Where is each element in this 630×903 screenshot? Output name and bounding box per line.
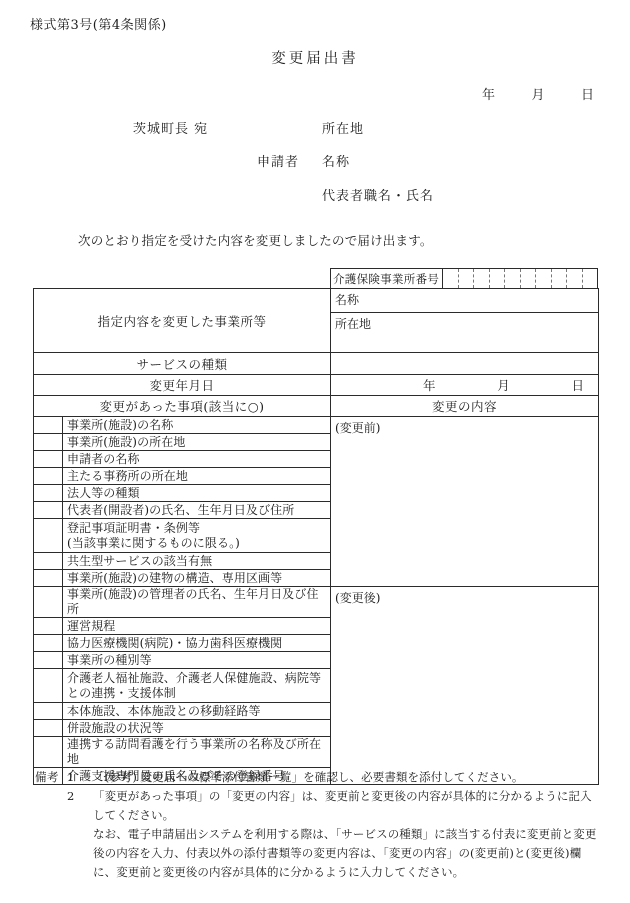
selection-mark-cell xyxy=(34,417,63,434)
main-table: 指定内容を変更した事業所等 名称 所在地 サービスの種類 変更年月日 年 月 日 xyxy=(33,288,599,785)
item-label: 運営規程 xyxy=(63,618,331,635)
office-name-cell: 名称 xyxy=(331,289,599,313)
item-label: 事業所の種別等 xyxy=(63,652,331,669)
year-label: 年 xyxy=(423,376,436,394)
item-label: 法人等の種類 xyxy=(63,485,331,502)
remark-number xyxy=(67,825,93,882)
office-number-digit-cell xyxy=(443,269,458,288)
form-number: 様式第3号(第4条関係) xyxy=(30,14,167,33)
office-number-digit-cell xyxy=(566,269,582,288)
item-label: 主たる事務所の所在地 xyxy=(63,468,331,485)
selection-mark-cell xyxy=(34,553,63,570)
selection-mark-cell xyxy=(34,434,63,451)
selection-mark-cell xyxy=(34,570,63,587)
after-label-cell: (変更後) xyxy=(331,587,599,785)
office-number-digit-cell xyxy=(504,269,520,288)
month-label: 月 xyxy=(531,84,544,103)
service-type-value-cell xyxy=(331,353,599,375)
remark-note: なお、電子申請届出システムを利用する際は、「サービスの種類」に該当する付表に変更… xyxy=(67,825,600,882)
item-label: 併設施設の状況等 xyxy=(63,720,331,737)
item-label: 介護老人福祉施設、介護老人保健施設、病院等 との連携・支援体制 xyxy=(63,669,331,703)
selection-mark-cell xyxy=(34,451,63,468)
item-label: 申請者の名称 xyxy=(63,451,331,468)
document-page: 様式第3号(第4条関係) 変更届出書 年 月 日 茨城町長 宛 申請者 所在地 … xyxy=(0,0,630,903)
service-type-label: サービスの種類 xyxy=(34,353,331,375)
selection-mark-cell xyxy=(34,618,63,635)
item-label: 事業所(施設)の名称 xyxy=(63,417,331,434)
remark-number: 2 xyxy=(67,787,93,825)
change-content-header: 変更の内容 xyxy=(331,396,599,417)
office-number-digit-cell xyxy=(473,269,489,288)
insurance-office-number-row: 介護保険事業所番号 xyxy=(330,268,598,289)
change-date-value-cell: 年 月 日 xyxy=(331,375,599,396)
remark-note: 2 「変更があった事項」の「変更の内容」は、変更前と変更後の内容が具体的に分かる… xyxy=(67,787,600,825)
selection-mark-cell xyxy=(34,703,63,720)
day-label: 日 xyxy=(571,376,584,394)
office-number-digit-cell xyxy=(551,269,567,288)
item-label: 協力医療機関(病院)・協力歯科医療機関 xyxy=(63,635,331,652)
item-label: 事業所(施設)の管理者の氏名、生年月日及び住所 xyxy=(63,587,331,618)
month-label: 月 xyxy=(497,376,510,394)
office-number-digit-cell xyxy=(535,269,551,288)
changed-items-header: 変更があった事項(該当に○) xyxy=(34,396,331,417)
item-label: 代表者(開設者)の氏名、生年月日及び住所 xyxy=(63,502,331,519)
selection-mark-cell xyxy=(34,635,63,652)
selection-mark-cell xyxy=(34,468,63,485)
remark-number: 1 xyxy=(67,768,93,787)
item-label: 登記事項証明書・条例等 (当該事業に関するものに限る。) xyxy=(63,519,331,553)
selection-mark-cell xyxy=(34,519,63,553)
selection-mark-cell xyxy=(34,485,63,502)
office-number-digit-cell xyxy=(458,269,474,288)
selection-mark-cell xyxy=(34,669,63,703)
applicant-address-label: 所在地 xyxy=(322,118,364,137)
selection-mark-cell xyxy=(34,502,63,519)
applicant-label: 申請者 xyxy=(257,151,299,170)
day-label: 日 xyxy=(581,84,594,103)
remark-text: 「(参考) 変更届への標準添付書類一覧」を確認し、必要書類を添付してください。 xyxy=(93,768,600,787)
applicant-name-label: 名称 xyxy=(322,151,350,170)
remarks-notes: 1 「(参考) 変更届への標準添付書類一覧」を確認し、必要書類を添付してください… xyxy=(67,768,600,882)
remark-text: 「変更があった事項」の「変更の内容」は、変更前と変更後の内容が具体的に分かるよう… xyxy=(93,787,600,825)
year-label: 年 xyxy=(482,84,495,103)
office-number-digit-cell xyxy=(520,269,536,288)
office-number-digit-cell xyxy=(489,269,505,288)
selection-mark-cell xyxy=(34,652,63,669)
office-address-cell: 所在地 xyxy=(331,313,599,353)
office-section-label: 指定内容を変更した事業所等 xyxy=(34,289,331,353)
remarks-label: 備考 xyxy=(35,768,67,882)
item-label: 連携する訪問看護を行う事業所の名称及び所在地 xyxy=(63,737,331,768)
selection-mark-cell xyxy=(34,720,63,737)
item-label: 本体施設、本体施設との移動経路等 xyxy=(63,703,331,720)
remarks-section: 備考 1 「(参考) 変更届への標準添付書類一覧」を確認し、必要書類を添付してく… xyxy=(35,768,600,882)
page-title: 変更届出書 xyxy=(0,47,630,68)
selection-mark-cell xyxy=(34,587,63,618)
remark-text: なお、電子申請届出システムを利用する際は、「サービスの種類」に該当する付表に変更… xyxy=(93,825,600,882)
insurance-office-number-label: 介護保険事業所番号 xyxy=(331,269,443,288)
date-line: 年 月 日 xyxy=(482,84,594,103)
before-label-cell: (変更前) xyxy=(331,417,599,587)
selection-mark-cell xyxy=(34,737,63,768)
insurance-office-number-grid xyxy=(443,269,597,288)
item-label: 事業所(施設)の建物の構造、専用区画等 xyxy=(63,570,331,587)
intro-sentence: 次のとおり指定を受けた内容を変更しましたので届け出ます。 xyxy=(78,231,433,249)
addressee: 茨城町長 宛 xyxy=(133,118,208,137)
remark-note: 1 「(参考) 変更届への標準添付書類一覧」を確認し、必要書類を添付してください… xyxy=(67,768,600,787)
office-number-digit-cell xyxy=(582,269,598,288)
applicant-representative-label: 代表者職名・氏名 xyxy=(322,185,434,204)
item-label: 事業所(施設)の所在地 xyxy=(63,434,331,451)
item-label: 共生型サービスの該当有無 xyxy=(63,553,331,570)
change-date-label: 変更年月日 xyxy=(34,375,331,396)
